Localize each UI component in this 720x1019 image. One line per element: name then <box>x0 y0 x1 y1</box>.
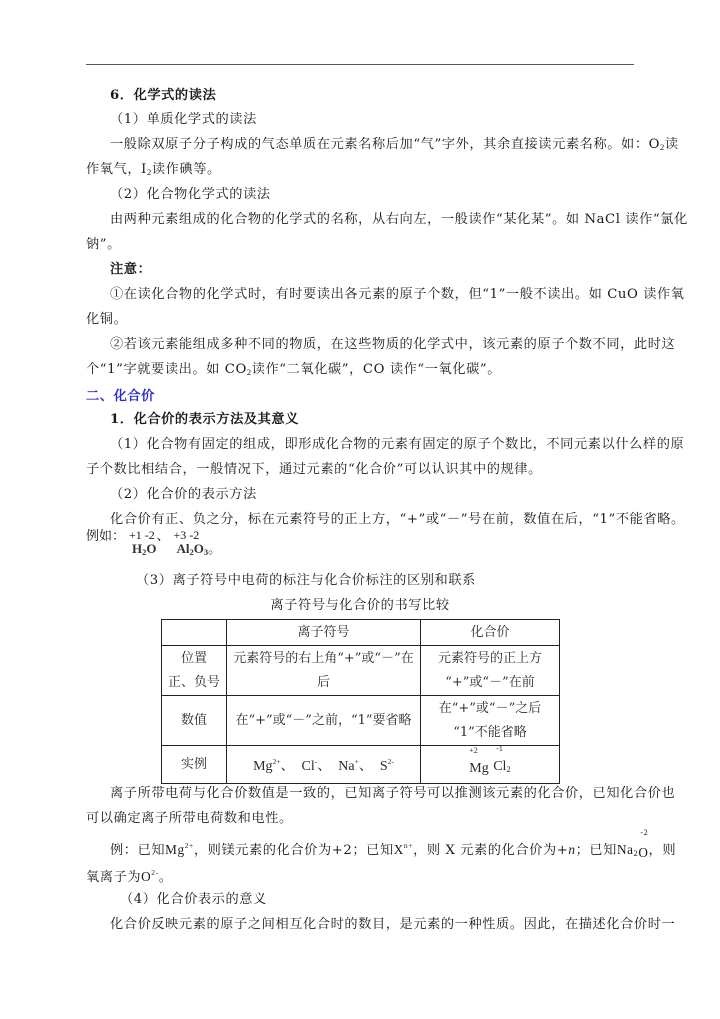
valence-p4-text: 化合价反映元素的原子之间相互化合时的数目，是元素的一种性质。因此，在描述化合价时… <box>110 911 660 939</box>
after-table-line1: 离子所带电荷与化合价数值是一致的，已知离子符号可以推测该元素的化合价，已知化合价… <box>110 780 660 808</box>
table-header-empty <box>162 620 227 646</box>
note1-line2: 化铜。 <box>86 306 636 334</box>
formula-al2o3: +3 -2Al2O3。 <box>174 529 222 559</box>
valence-example: 例如：+1 -2H2O、+3 -2Al2O3。 <box>86 529 221 559</box>
cell-valence-position: 元素符号的正上方“+”或“－”在前 <box>421 646 560 696</box>
cell-valence-example: +2Mg -1Cl2 <box>421 746 560 784</box>
subheading-valence-meaning: 1．化合价的表示方法及其意义 <box>110 406 660 434</box>
valence-p3-title: （3）离子符号中电荷的标注与化合价标注的区别和联系 <box>136 567 686 595</box>
example-label: 例如： <box>86 529 125 544</box>
paragraph-compound-line1: 由两种元素组成的化合物的化学式的名称，从右向左，一般读作“某化某”。如 NaCl… <box>110 206 660 234</box>
note2-line2: 个“1”字就要读出。如 CO2读作“二氧化碳”，CO 读作“一氧化碳”。 <box>86 356 636 386</box>
table-row: 位置正、负号 元素符号的右上角“+”或“－”在后 元素符号的正上方“+”或“－”… <box>162 646 560 696</box>
row-label-example: 实例 <box>162 746 227 784</box>
after-table-line2: 可以确定离子所带电荷数和电性。 <box>86 805 636 833</box>
formula-h2o: +1 -2H2O <box>129 529 157 559</box>
note-label: 注意： <box>110 256 660 284</box>
cell-valence-value: 在“+”或“－”之后“1”不能省略 <box>421 696 560 746</box>
note1-line1: ①在读化合物的化学式时，有时要读出各元素的原子个数，但“1”一般不读出。如 Cu… <box>110 281 660 309</box>
valence-p2-title: （2）化合价的表示方法 <box>110 481 660 509</box>
comparison-table: 离子符号 化合价 位置正、负号 元素符号的右上角“+”或“－”在后 元素符号的正… <box>161 619 560 784</box>
table-caption: 离子符号与化合价的书写比较 <box>161 592 559 620</box>
valence-p1-line2: 子个数比相结合，一般情况下，通过元素的“化合价”可以认识其中的规律。 <box>86 456 636 484</box>
cell-ion-example: Mg2+、 Cl-、 Na+、 S2- <box>227 746 421 784</box>
table-row: 数值 在“+”或“－”之前，“1”要省略 在“+”或“－”之后“1”不能省略 <box>162 696 560 746</box>
table-header-ion: 离子符号 <box>227 620 421 646</box>
table-row: 实例 Mg2+、 Cl-、 Na+、 S2- +2Mg -1Cl2 <box>162 746 560 784</box>
note2-line1: ②若该元素能组成多种不同的物质，在这些物质的化学式中，该元素的原子个数不同，此时… <box>110 331 660 359</box>
valence-p1-line1: （1）化合物有固定的组成，即形成化合物的元素有固定的原子个数比，不同元素以什么样… <box>110 431 660 459</box>
row-label-value: 数值 <box>162 696 227 746</box>
valence-p4-title: （4）化合价表示的意义 <box>120 886 670 914</box>
row-label-position: 位置正、负号 <box>162 646 227 696</box>
subheading-elemental-formula: （1）单质化学式的读法 <box>110 106 660 134</box>
cell-ion-position: 元素符号的右上角“+”或“－”在后 <box>227 646 421 696</box>
cell-ion-value: 在“+”或“－”之前，“1”要省略 <box>227 696 421 746</box>
paragraph-compound-line2: 钠”。 <box>86 231 636 259</box>
subheading-compound-formula: （2）化合物化学式的读法 <box>110 181 660 209</box>
table-header-valence: 化合价 <box>421 620 560 646</box>
header-rule <box>86 64 634 65</box>
table-header-row: 离子符号 化合价 <box>162 620 560 646</box>
